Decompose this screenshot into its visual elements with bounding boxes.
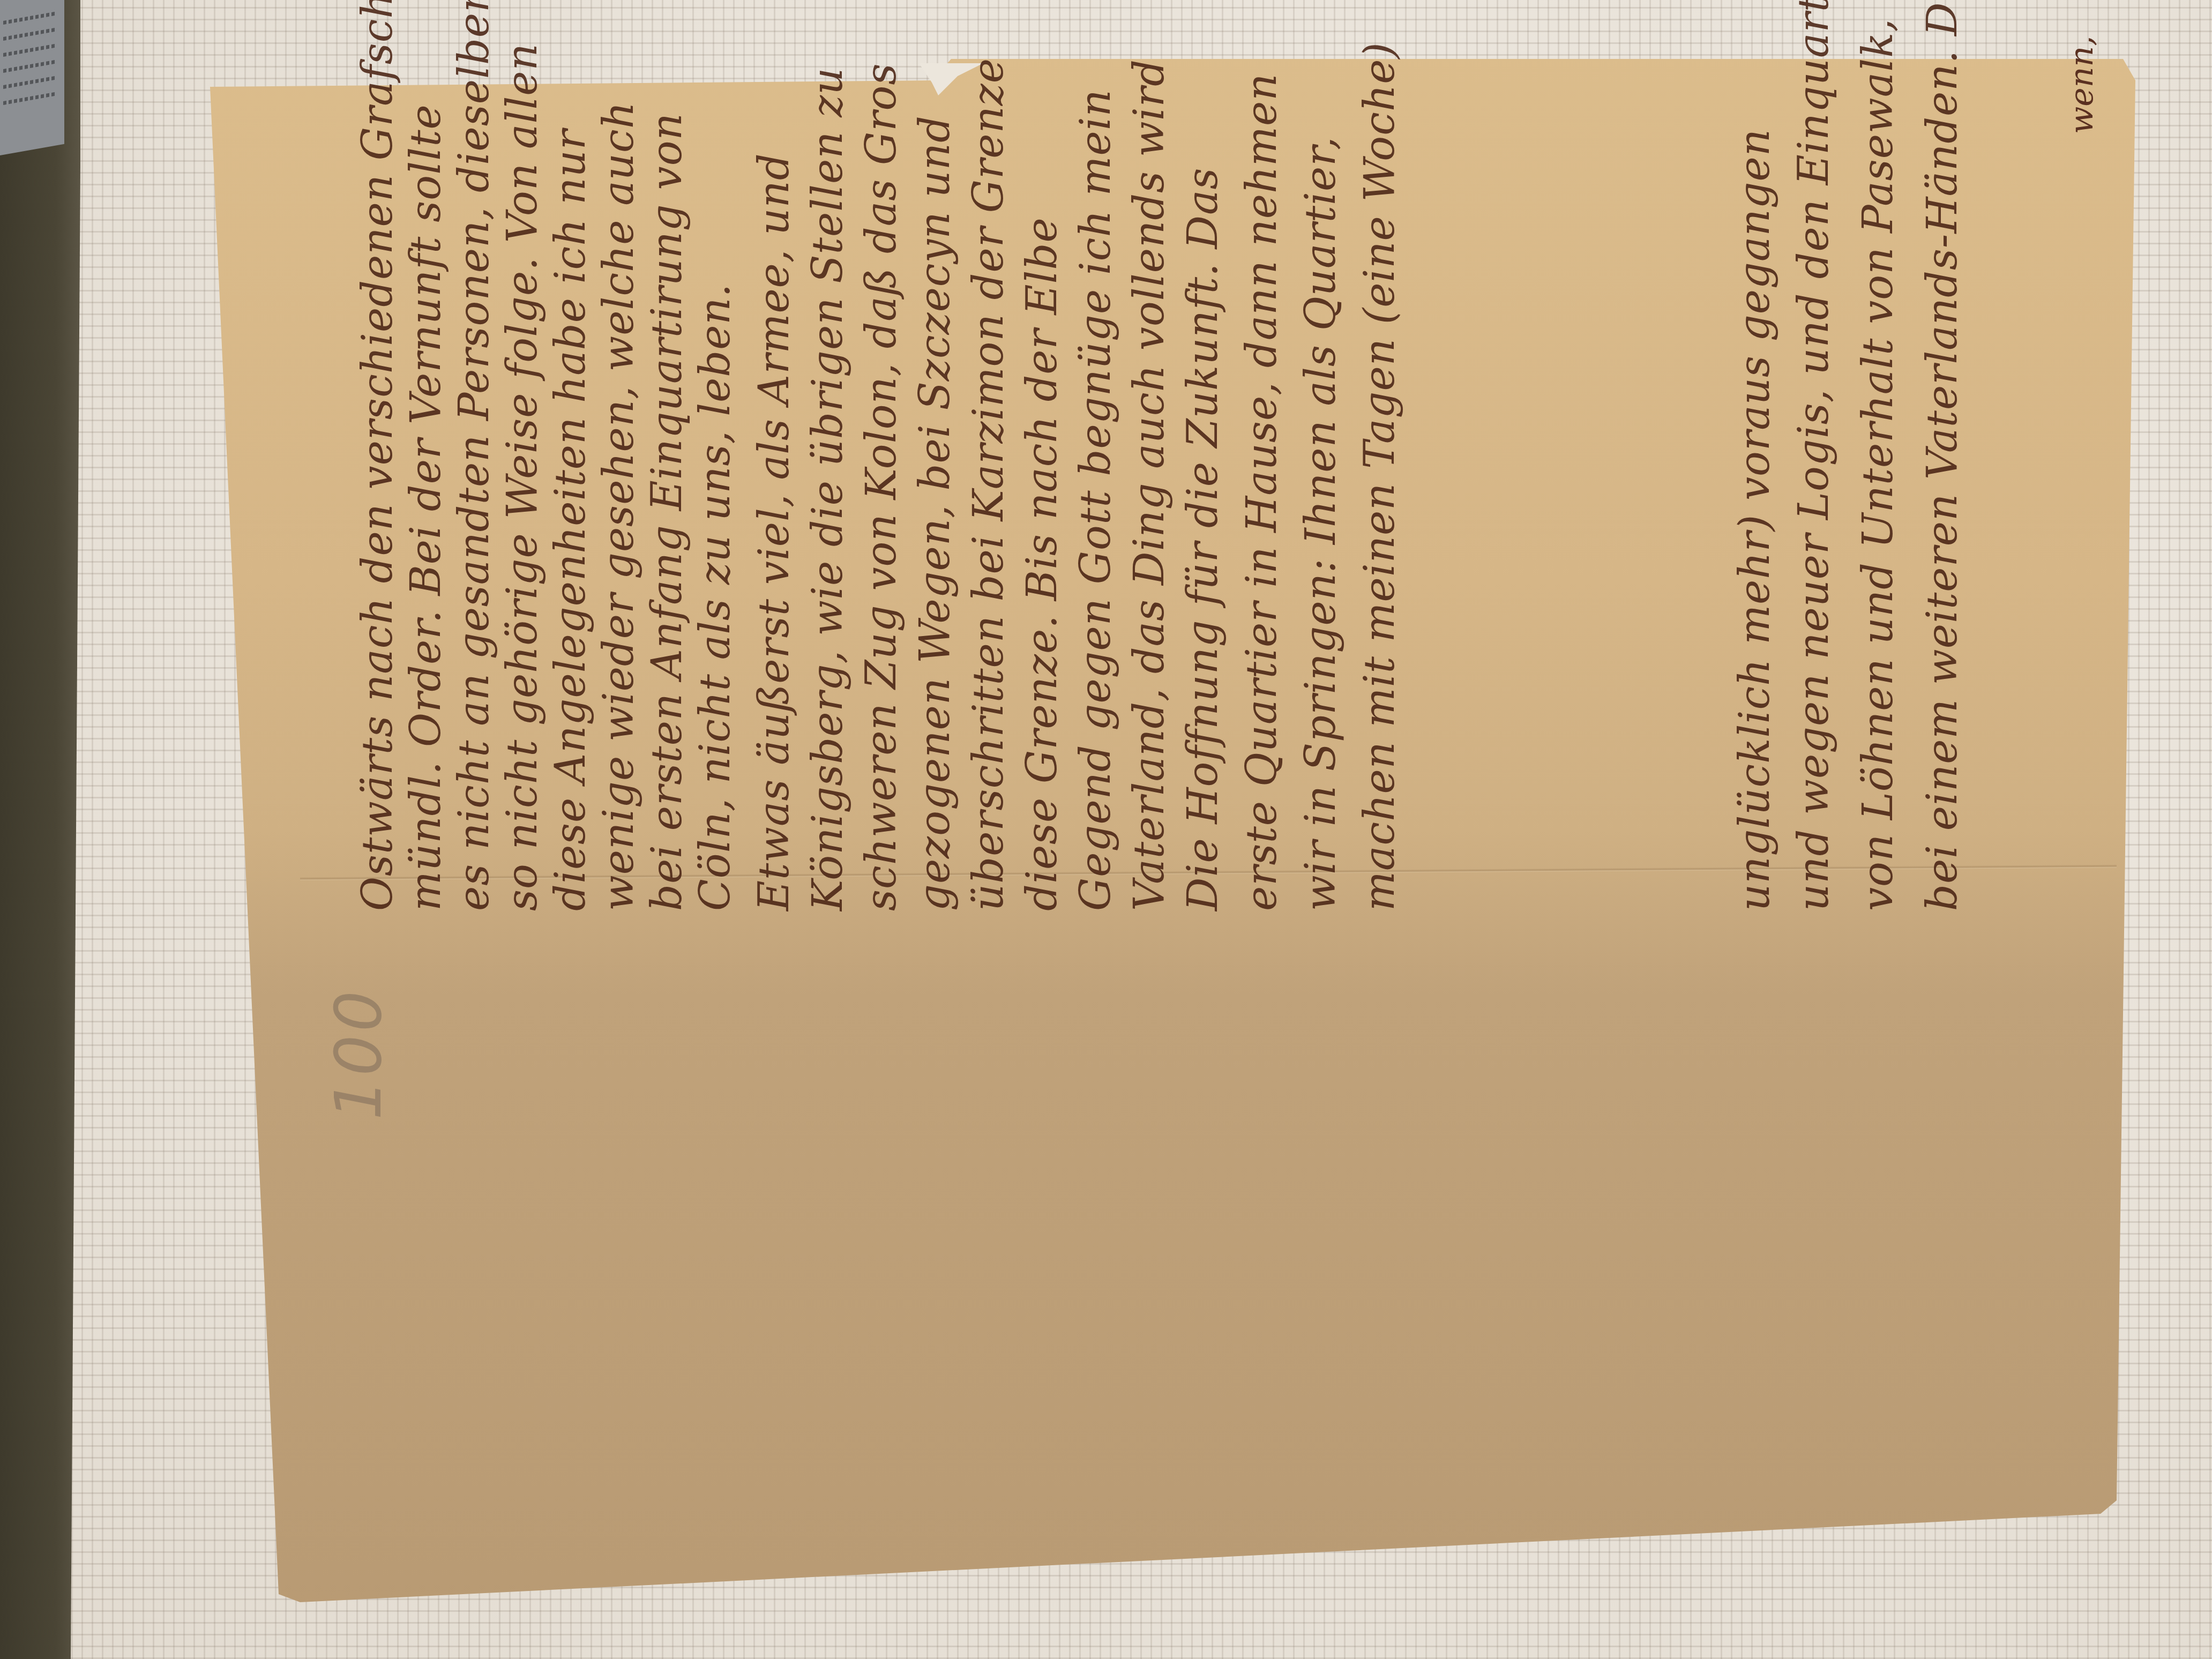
handwritten-line: Ostwärts nach den verschiedenen Grafscha… — [354, 0, 402, 911]
handwritten-line: mündl. Order. Bei der Vernunft sollte — [402, 104, 450, 911]
handwritten-line: bei ersten Anfang Einquartirung von — [643, 113, 691, 911]
handwritten-line: wenige wieder gesehen, welche auch — [595, 101, 643, 911]
handwritten-line: von Löhnen und Unterhalt von Pasewalk, — [1854, 18, 1902, 911]
handwritten-line: es nicht an gesandten Personen, dieselbe… — [450, 0, 498, 911]
handwritten-line: und wegen neuer Logis, und den Einquarti… — [1790, 0, 1838, 911]
handwritten-line: unglücklich mehr) voraus gegangen — [1731, 129, 1779, 911]
handwritten-line: Die Hoffnung für die Zukunft. Das — [1179, 167, 1227, 911]
handwritten-line: schweren Zug von Kolon, daß das Gros — [857, 63, 906, 911]
handwritten-line: diese Grenze. Bis nach der Elbe — [1018, 217, 1066, 911]
handwritten-line: wir in Springen: Ihnen als Quartier, — [1297, 136, 1345, 911]
handwritten-line: gezogenen Wegen, bei Szczecyn und — [911, 115, 959, 911]
handwritten-line: bei einem weiteren Vaterlands-Händen. Di… — [1918, 0, 1967, 911]
catchword: wenn, — [2063, 36, 2101, 134]
handwritten-line: Gegend gegen Gott begnüge ich mein — [1072, 89, 1120, 911]
handwritten-text-block: Ostwärts nach den verschiedenen Grafscha… — [0, 0, 2212, 1659]
handwritten-line: so nicht gehörige Weise folge. Von allen — [498, 43, 547, 911]
handwritten-line: diese Angelegenheiten habe ich nur — [547, 129, 595, 911]
handwritten-line: Vaterland, das Ding auch vollends wird — [1125, 59, 1174, 911]
handwritten-line: erste Quartier in Hause, dann nehmen — [1238, 73, 1286, 911]
handwritten-line: Etwas äußerst viel, als Armee, und — [750, 153, 798, 911]
handwritten-line: Königsberg, wie die übrigen Stellen zu — [804, 67, 852, 911]
handwritten-line: Cöln, nicht als zu uns, leben. — [691, 283, 739, 911]
handwritten-line: überschritten bei Karzimon der Grenze — [965, 58, 1013, 911]
handwritten-line: machen mit meinen Tagen (eine Woche) — [1356, 42, 1404, 911]
